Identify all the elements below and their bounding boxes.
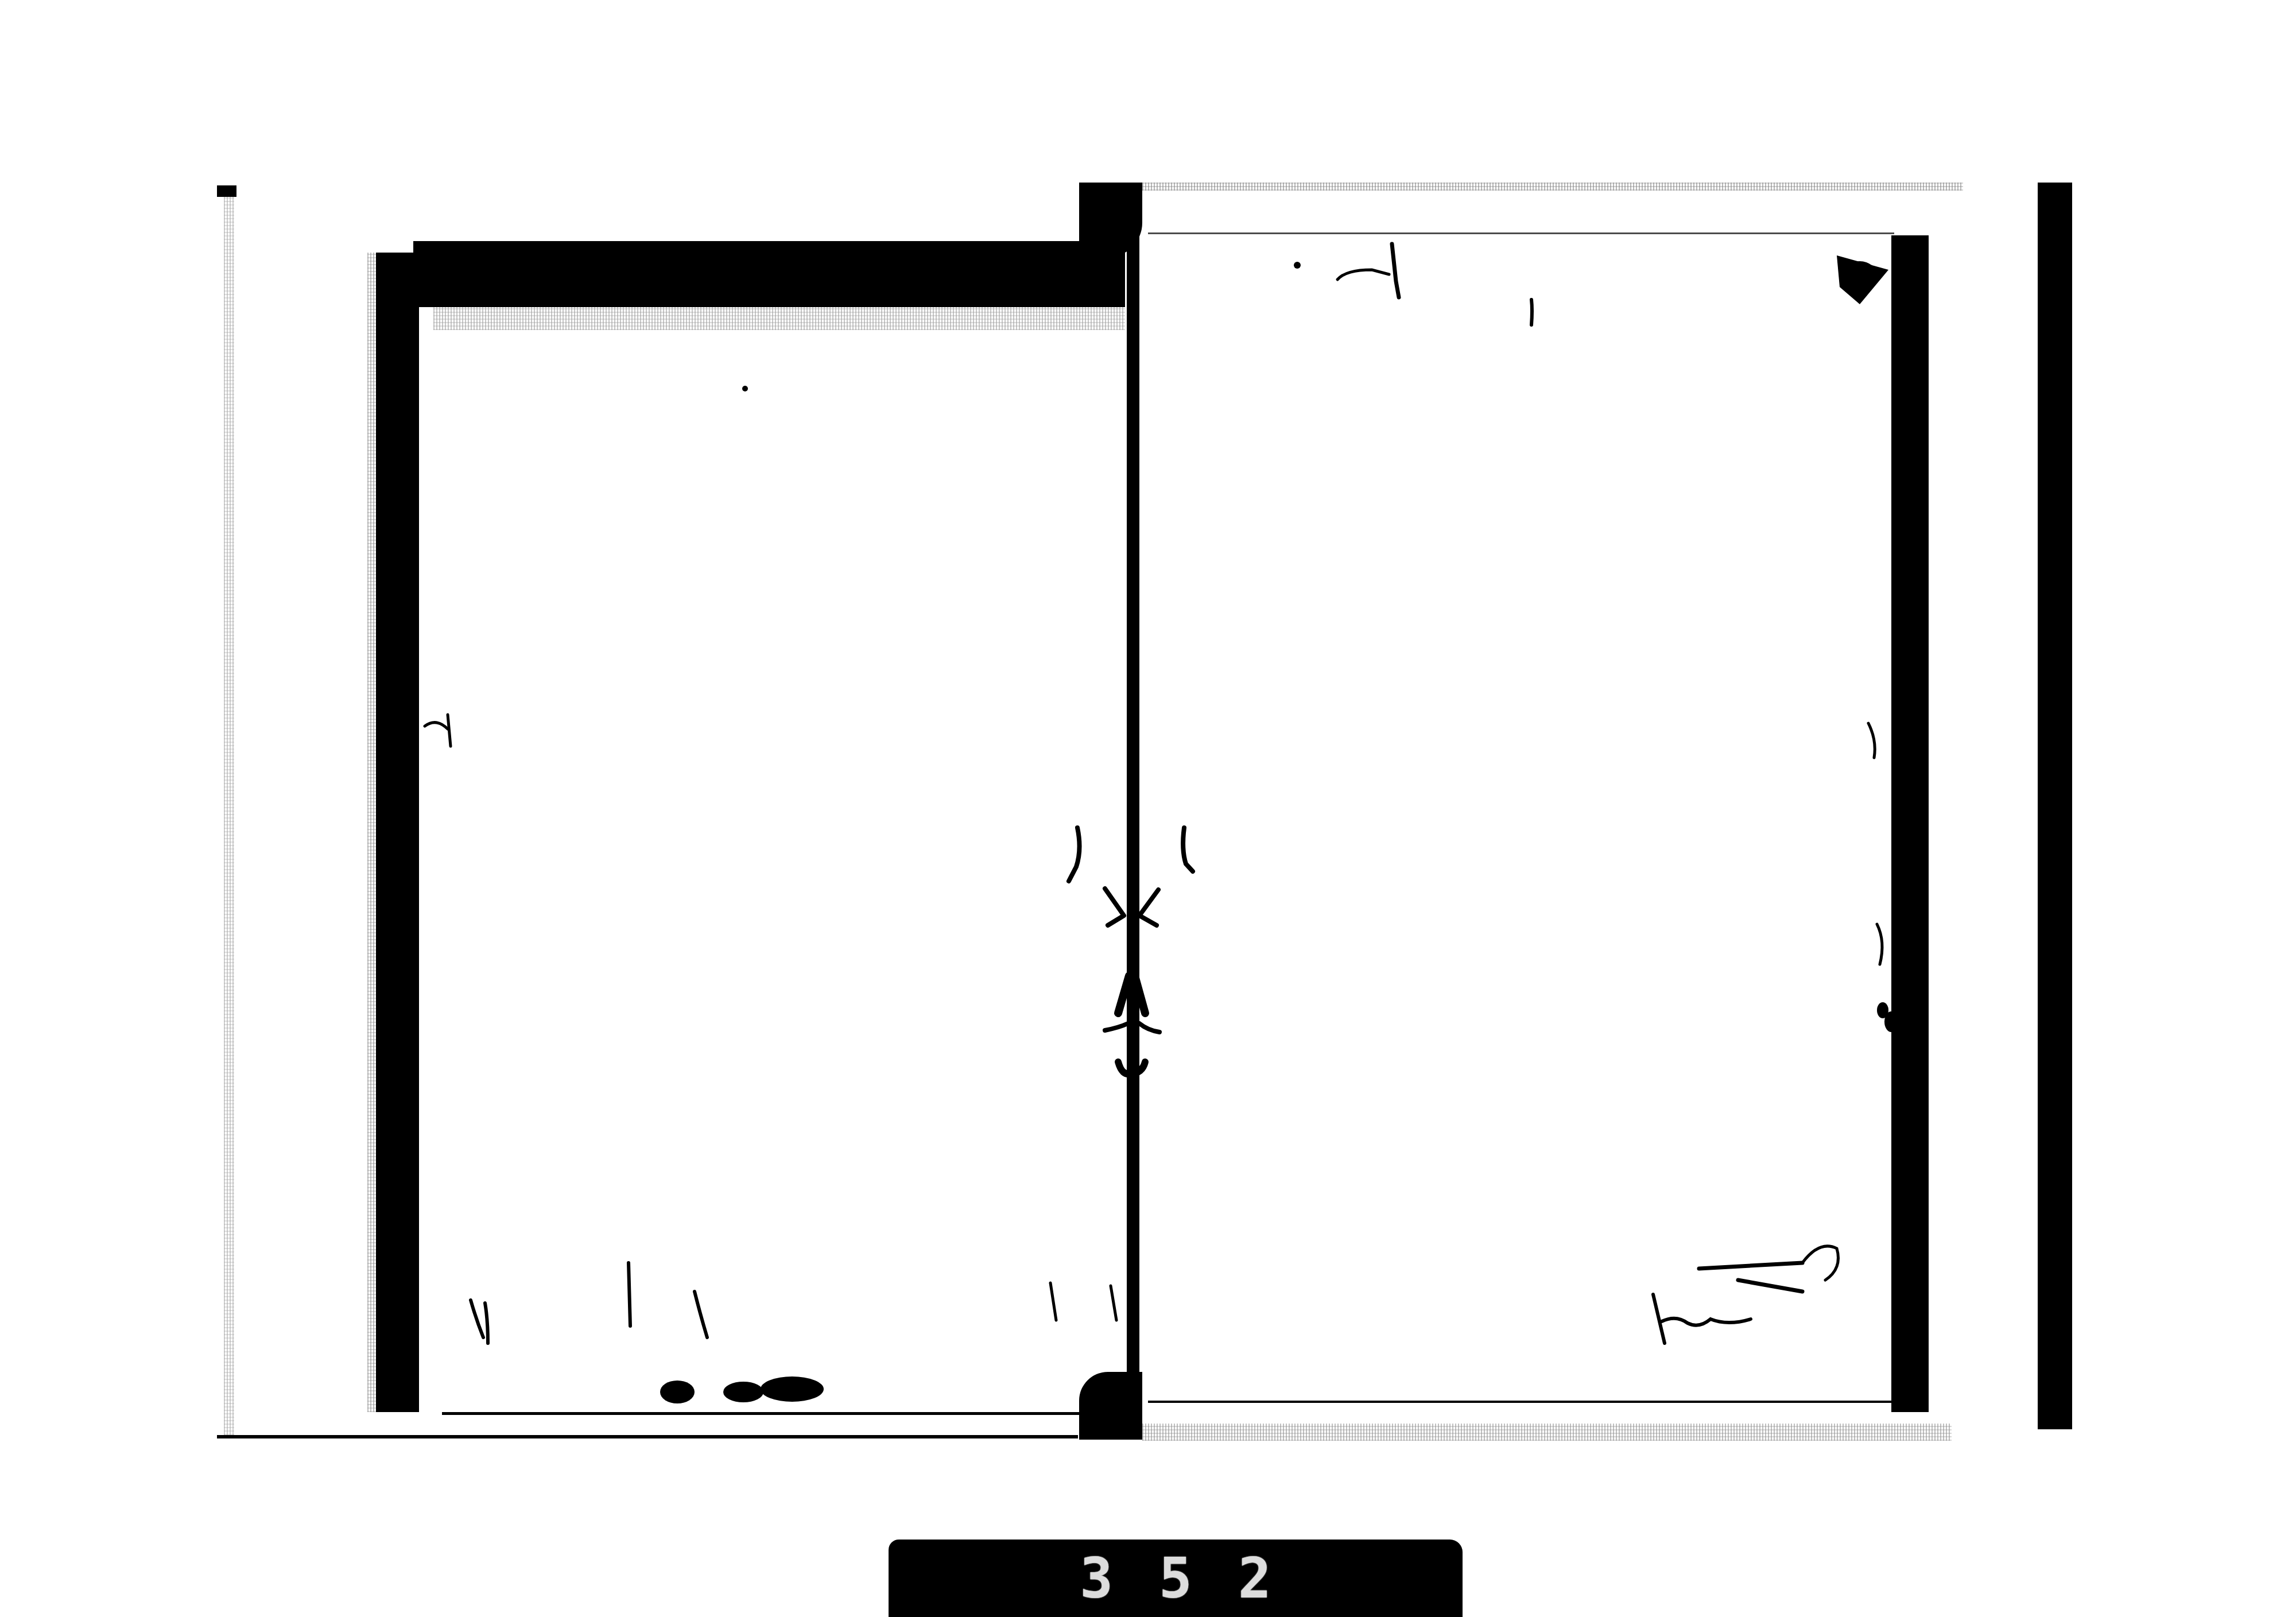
sheet-number: 352 [1034, 1546, 1317, 1611]
stains-overlay [0, 0, 2296, 1617]
sheet-number-tab: 352 [889, 1540, 1463, 1617]
